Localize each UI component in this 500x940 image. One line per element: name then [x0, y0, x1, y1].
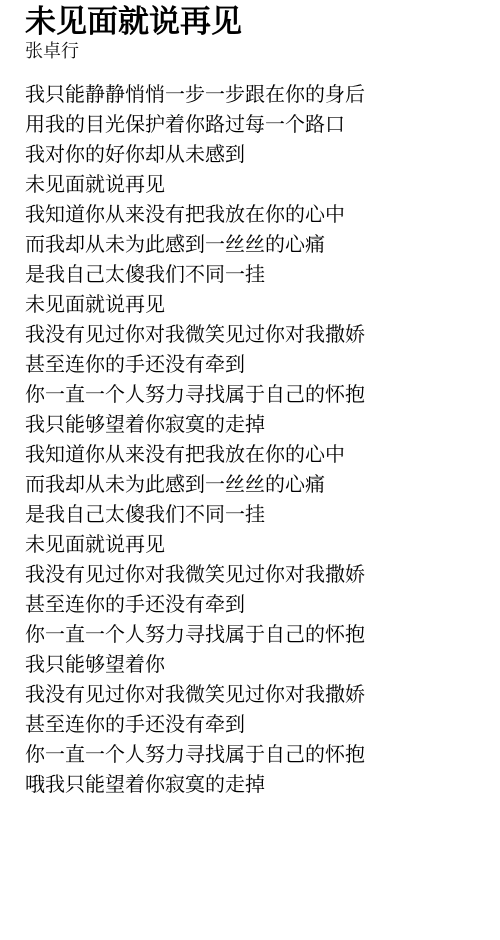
lyric-line: 你一直一个人努力寻找属于自己的怀抱 — [25, 619, 475, 649]
lyric-line: 哦我只能望着你寂寞的走掉 — [25, 769, 475, 799]
lyric-line: 我没有见过你对我微笑见过你对我撒娇 — [25, 319, 475, 349]
lyric-line: 用我的目光保护着你路过每一个路口 — [25, 109, 475, 139]
lyric-line: 甚至连你的手还没有牵到 — [25, 709, 475, 739]
lyrics-page: 未见面就说再见 张卓行 我只能静静悄悄一步一步跟在你的身后用我的目光保护着你路过… — [0, 0, 500, 940]
lyric-line: 未见面就说再见 — [25, 169, 475, 199]
lyric-line: 是我自己太傻我们不同一挂 — [25, 499, 475, 529]
artist-name: 张卓行 — [25, 40, 475, 64]
lyric-line: 我知道你从来没有把我放在你的心中 — [25, 439, 475, 469]
lyric-line: 你一直一个人努力寻找属于自己的怀抱 — [25, 379, 475, 409]
lyrics-block: 我只能静静悄悄一步一步跟在你的身后用我的目光保护着你路过每一个路口我对你的好你却… — [25, 79, 475, 799]
lyric-line: 我没有见过你对我微笑见过你对我撒娇 — [25, 679, 475, 709]
lyric-line: 而我却从未为此感到一丝丝的心痛 — [25, 229, 475, 259]
lyric-line: 我只能够望着你 — [25, 649, 475, 679]
lyric-line: 我知道你从来没有把我放在你的心中 — [25, 199, 475, 229]
lyric-line: 我对你的好你却从未感到 — [25, 139, 475, 169]
lyric-line: 是我自己太傻我们不同一挂 — [25, 259, 475, 289]
lyric-line: 甚至连你的手还没有牵到 — [25, 589, 475, 619]
lyric-line: 你一直一个人努力寻找属于自己的怀抱 — [25, 739, 475, 769]
lyric-line: 而我却从未为此感到一丝丝的心痛 — [25, 469, 475, 499]
lyric-line: 未见面就说再见 — [25, 289, 475, 319]
lyric-line: 我只能够望着你寂寞的走掉 — [25, 409, 475, 439]
lyric-line: 我只能静静悄悄一步一步跟在你的身后 — [25, 79, 475, 109]
lyric-line: 我没有见过你对我微笑见过你对我撒娇 — [25, 559, 475, 589]
lyric-line: 甚至连你的手还没有牵到 — [25, 349, 475, 379]
lyric-line: 未见面就说再见 — [25, 529, 475, 559]
song-title: 未见面就说再见 — [25, 4, 475, 40]
